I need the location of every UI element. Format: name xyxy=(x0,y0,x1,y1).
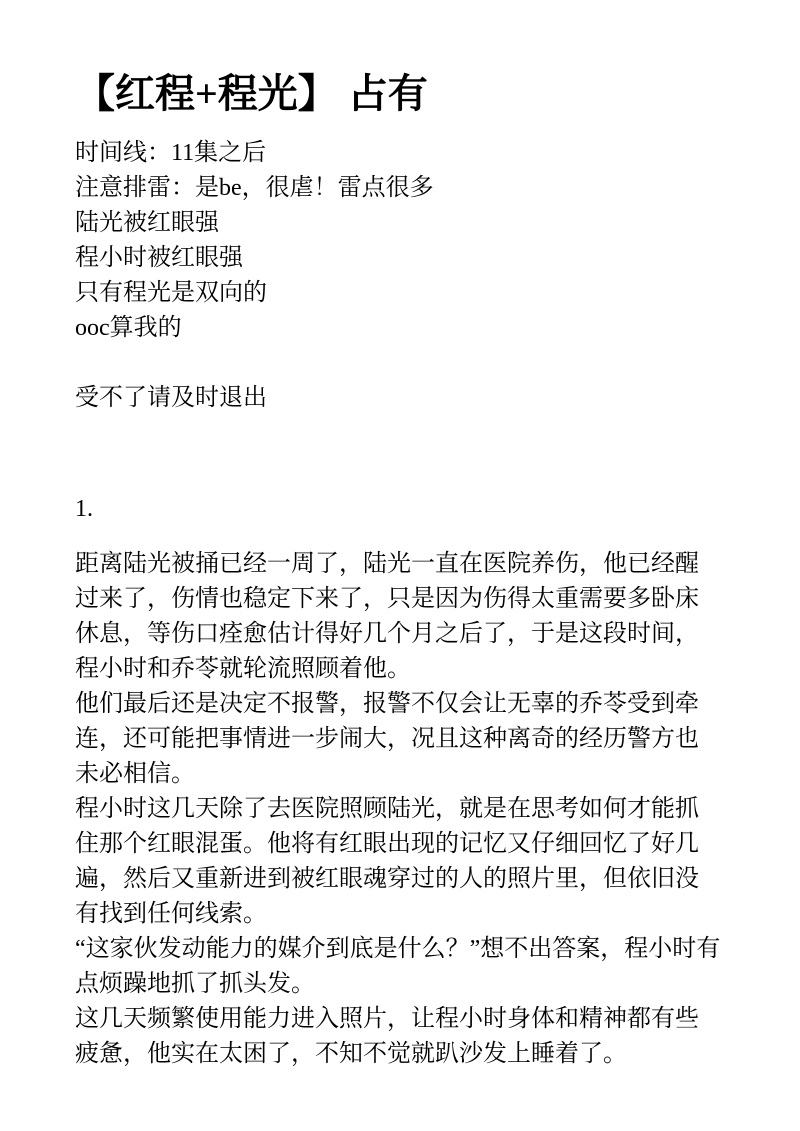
story-notes: 时间线：11集之后 注意排雷：是be，很虐！雷点很多 陆光被红眼强 程小时被红眼… xyxy=(75,136,722,416)
timeline-note: 时间线：11集之后 xyxy=(75,136,722,171)
story-body: 距离陆光被捅已经一周了，陆光一直在医院养伤，他已经醒过来了，伤情也稳定下来了，只… xyxy=(75,547,722,1072)
tag-note-3: 只有程光是双向的 xyxy=(75,276,722,311)
tag-note-1: 陆光被红眼强 xyxy=(75,206,722,241)
story-paragraph: 他们最后还是决定不报警，报警不仅会让无辜的乔苓受到牵连，还可能把事情进一步闹大，… xyxy=(75,687,722,792)
blank-line xyxy=(75,346,722,381)
ooc-note: ooc算我的 xyxy=(75,311,722,346)
chapter-number: 1. xyxy=(75,492,722,527)
story-paragraph: 这几天频繁使用能力进入照片，让程小时身体和精神都有些疲惫，他实在太困了，不知不觉… xyxy=(75,1002,722,1072)
document-page: 【红程+程光】 占有 时间线：11集之后 注意排雷：是be，很虐！雷点很多 陆光… xyxy=(0,0,800,1131)
story-paragraph: 距离陆光被捅已经一周了，陆光一直在医院养伤，他已经醒过来了，伤情也稳定下来了，只… xyxy=(75,547,722,687)
page-title: 【红程+程光】 占有 xyxy=(75,70,722,118)
tag-note-2: 程小时被红眼强 xyxy=(75,241,722,276)
exit-warning-note: 受不了请及时退出 xyxy=(75,381,722,416)
warning-note: 注意排雷：是be，很虐！雷点很多 xyxy=(75,171,722,206)
story-paragraph: 程小时这几天除了去医院照顾陆光，就是在思考如何才能抓住那个红眼混蛋。他将有红眼出… xyxy=(75,792,722,932)
story-paragraph: “这家伙发动能力的媒介到底是什么？”想不出答案，程小时有点烦躁地抓了抓头发。 xyxy=(75,932,722,1002)
